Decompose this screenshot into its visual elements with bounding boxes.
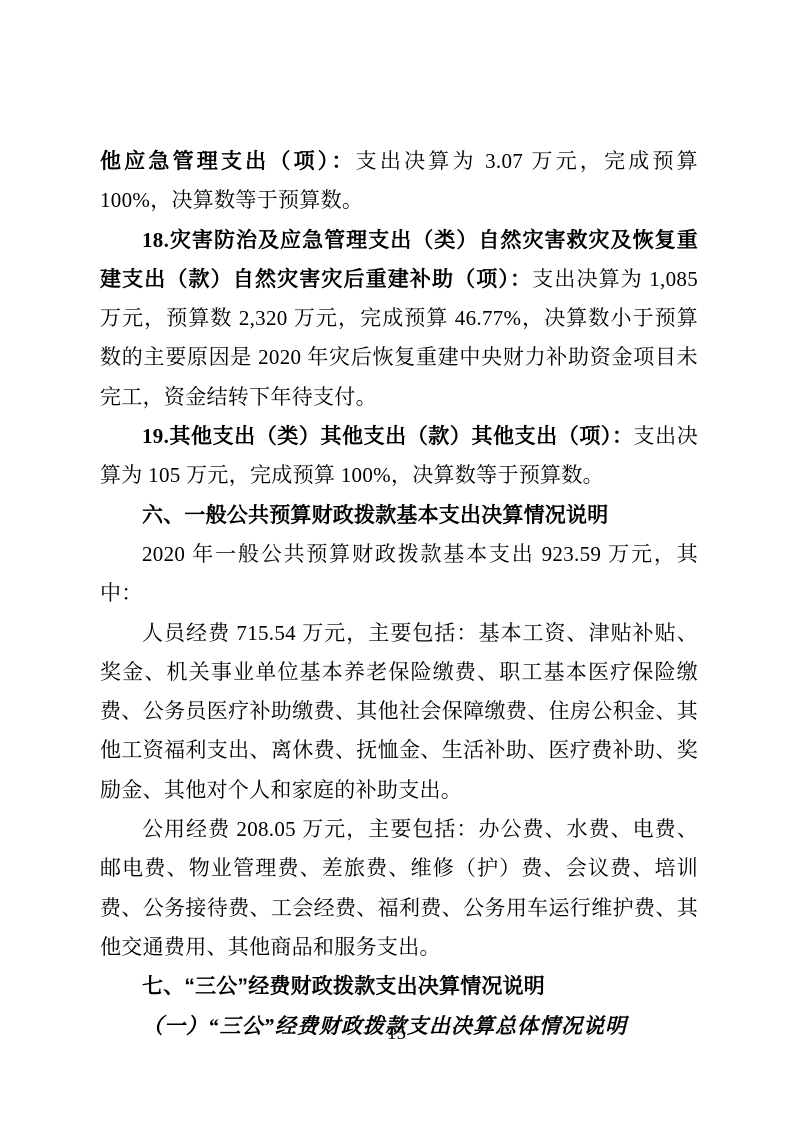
page-number: 15 [0,1022,793,1046]
paragraph-item18: 18.灾害防治及应急管理支出（类）自然灾害救灾及恢复重建支出（款）自然灾害灾后重… [100,221,698,417]
document-page: 他应急管理支出（项）：支出决算为 3.07 万元，完成预算 100%，决算数等于… [0,0,793,1122]
paragraph-basic-expenditure-total: 2020 年一般公共预算财政拨款基本支出 923.59 万元，其中： [100,535,698,614]
paragraph-item17-continuation: 他应急管理支出（项）：支出决算为 3.07 万元，完成预算 100%，决算数等于… [100,142,698,221]
section-heading-seven: 七、“三公”经费财政拨款支出决算情况说明 [100,967,698,1006]
paragraph-public-funds: 公用经费 208.05 万元，主要包括：办公费、水费、电费、邮电费、物业管理费、… [100,810,698,967]
paragraph-personnel-funds: 人员经费 715.54 万元，主要包括：基本工资、津贴补贴、奖金、机关事业单位基… [100,614,698,810]
paragraph-lead-bold: 他应急管理支出（项）： [100,149,356,173]
document-body: 他应急管理支出（项）：支出决算为 3.07 万元，完成预算 100%，决算数等于… [100,142,698,1046]
paragraph-lead-bold: 19.其他支出（类）其他支出（款）其他支出（项）： [142,424,634,448]
section-heading-six: 六、一般公共预算财政拨款基本支出决算情况说明 [100,496,698,535]
paragraph-item19: 19.其他支出（类）其他支出（款）其他支出（项）：支出决算为 105 万元，完成… [100,417,698,496]
